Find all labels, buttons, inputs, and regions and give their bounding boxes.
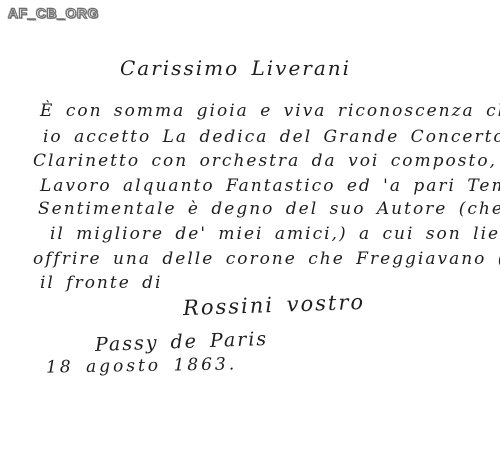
body-line-6: il migliore de' miei amici,) a cui son l… [50, 224, 500, 244]
body-line-5: Sentimentale è degno del suo Autore (che… [38, 199, 500, 219]
place-line: Passy de Paris [95, 328, 269, 356]
letter-scan-page: AF_CB_ORG Carissimo Liverani È con somma… [0, 0, 500, 453]
body-line-8: il fronte di [40, 273, 163, 293]
body-line-7-prefix: offrire una delle corone che Freggiavano… [33, 249, 500, 269]
body-line-1: È con somma gioia e viva riconoscenza ch… [40, 101, 500, 121]
body-line-2: io accetto La dedica del Grande Concerto… [43, 127, 500, 147]
body-line-4: Lavoro alquanto Fantastico ed 'a pari Te… [40, 176, 500, 196]
body-line-7: offrire una delle corone che Freggiavano… [33, 249, 500, 269]
salutation-line: Carissimo Liverani [120, 56, 351, 80]
watermark-label: AF_CB_ORG [8, 5, 99, 21]
date-line: 18 agosto 1863. [46, 354, 237, 377]
body-line-3: Clarinetto con orchestra da voi composto… [33, 151, 500, 171]
signature-line: Rossini vostro [183, 290, 366, 320]
